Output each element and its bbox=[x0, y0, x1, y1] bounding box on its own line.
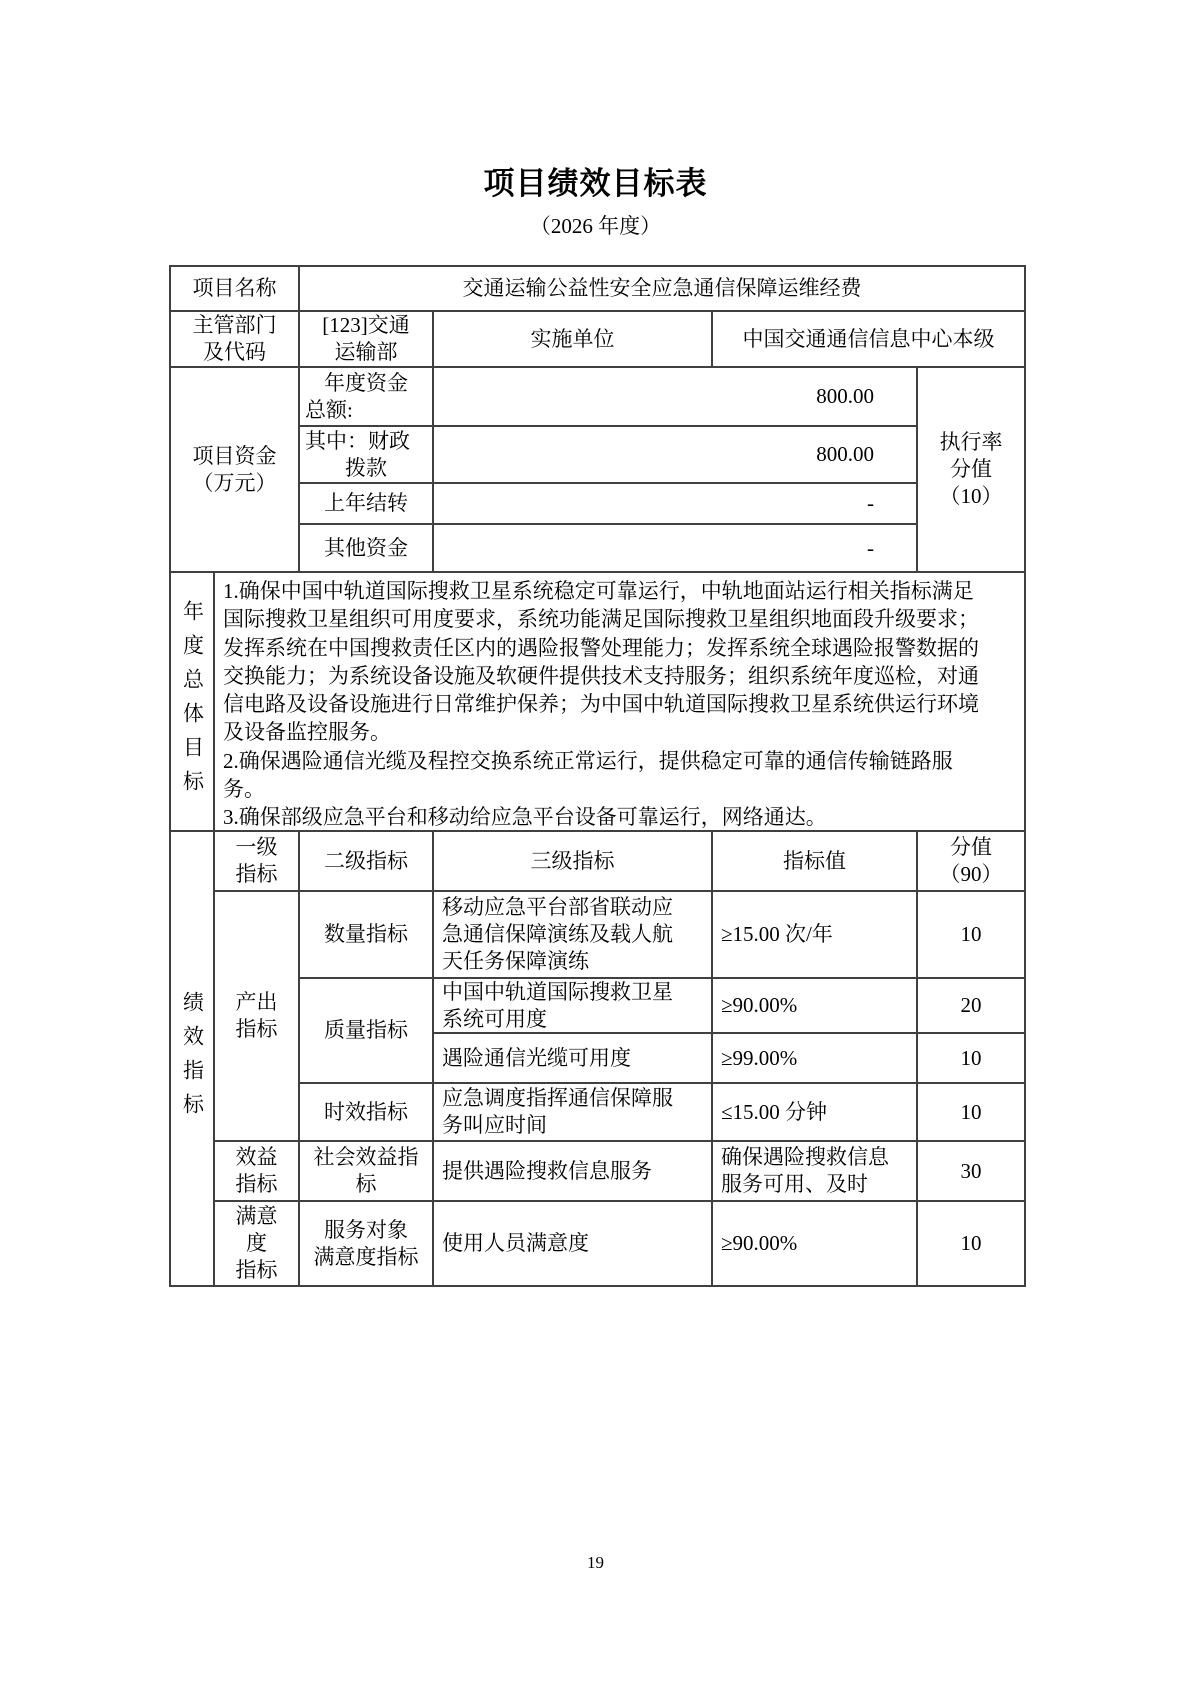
level1-benefit: 效益 指标 bbox=[215, 1142, 300, 1202]
funding-total-label: 年度资金 总额: bbox=[300, 368, 434, 427]
level2-social-benefit: 社会效益指 标 bbox=[300, 1142, 434, 1202]
funding-total-label-line1: 年度资金 bbox=[300, 370, 432, 397]
funding-label: 项目资金 （万元） bbox=[171, 368, 300, 573]
header-score: 分值 （90） bbox=[918, 832, 1024, 892]
level2-timeliness: 时效指标 bbox=[300, 1084, 434, 1142]
level3-quantity: 移动应急平台部省联动应 急通信保障演练及载人航 天任务保障演练 bbox=[434, 892, 713, 979]
dept-code-label: 主管部门 及代码 bbox=[171, 312, 300, 368]
level1-output: 产出 指标 bbox=[215, 892, 300, 1142]
funding-fiscal-label: 其中：财政 拨款 bbox=[300, 427, 434, 484]
level2-quantity: 数量指标 bbox=[300, 892, 434, 979]
impl-unit-label: 实施单位 bbox=[434, 312, 713, 368]
page-number: 19 bbox=[0, 1553, 1191, 1573]
level2-quality: 质量指标 bbox=[300, 979, 434, 1084]
score-timeliness: 10 bbox=[918, 1084, 1024, 1142]
level2-satisfaction: 服务对象 满意度指标 bbox=[300, 1202, 434, 1285]
header-level2: 二级指标 bbox=[300, 832, 434, 892]
indicators-label: 绩效指标 bbox=[171, 832, 215, 1285]
document-subtitle: （2026 年度） bbox=[0, 210, 1191, 240]
level3-satellite: 中国中轨道国际搜救卫星 系统可用度 bbox=[434, 979, 713, 1034]
value-benefit: 确保遇险搜救信息 服务可用、及时 bbox=[713, 1142, 918, 1202]
score-satisfaction: 10 bbox=[918, 1202, 1024, 1285]
funding-total-value: 800.00 bbox=[434, 368, 918, 427]
value-satisfaction: ≥90.00% bbox=[713, 1202, 918, 1285]
level1-satisfaction: 满意 度 指标 bbox=[215, 1202, 300, 1285]
funding-fiscal-label-line1: 其中：财政 bbox=[300, 428, 432, 455]
funding-total-label-line2: 总额: bbox=[300, 397, 432, 424]
exec-rate-score-label: 执行率 分值 （10） bbox=[918, 368, 1024, 573]
annual-goal-label: 年度总体目标 bbox=[171, 573, 215, 832]
level3-benefit: 提供遇险搜救信息服务 bbox=[434, 1142, 713, 1202]
score-cable: 10 bbox=[918, 1034, 1024, 1084]
funding-fiscal-label-line2: 拨款 bbox=[300, 455, 432, 482]
funding-fiscal-value: 800.00 bbox=[434, 427, 918, 484]
performance-target-table: 项目名称 交通运输公益性安全应急通信保障运维经费 主管部门 及代码 [123]交… bbox=[169, 265, 1026, 1287]
document-title: 项目绩效目标表 bbox=[0, 158, 1191, 203]
header-level3: 三级指标 bbox=[434, 832, 713, 892]
funding-carryover-value: - bbox=[434, 484, 918, 525]
level3-cable: 遇险通信光缆可用度 bbox=[434, 1034, 713, 1084]
dept-code-value: [123]交通 运输部 bbox=[300, 312, 434, 368]
funding-other-value: - bbox=[434, 525, 918, 573]
score-benefit: 30 bbox=[918, 1142, 1024, 1202]
score-satellite: 20 bbox=[918, 979, 1024, 1034]
funding-carryover-label: 上年结转 bbox=[300, 484, 434, 525]
annual-goal-text: 1.确保中国中轨道国际搜救卫星系统稳定可靠运行，中轨地面站运行相关指标满足 国际… bbox=[215, 573, 1024, 832]
project-name-value: 交通运输公益性安全应急通信保障运维经费 bbox=[300, 267, 1024, 312]
document-page: 项目绩效目标表 （2026 年度） 项目名称 交通运输公益性安全应急通信保障运维… bbox=[0, 0, 1191, 1684]
value-timeliness: ≤15.00 分钟 bbox=[713, 1084, 918, 1142]
value-cable: ≥99.00% bbox=[713, 1034, 918, 1084]
level3-timeliness: 应急调度指挥通信保障服 务叫应时间 bbox=[434, 1084, 713, 1142]
score-quantity: 10 bbox=[918, 892, 1024, 979]
funding-other-label: 其他资金 bbox=[300, 525, 434, 573]
impl-unit-value: 中国交通通信信息中心本级 bbox=[713, 312, 1024, 368]
value-satellite: ≥90.00% bbox=[713, 979, 918, 1034]
header-level1: 一级 指标 bbox=[215, 832, 300, 892]
header-value: 指标值 bbox=[713, 832, 918, 892]
value-quantity: ≥15.00 次/年 bbox=[713, 892, 918, 979]
level3-satisfaction: 使用人员满意度 bbox=[434, 1202, 713, 1285]
project-name-label: 项目名称 bbox=[171, 267, 300, 312]
